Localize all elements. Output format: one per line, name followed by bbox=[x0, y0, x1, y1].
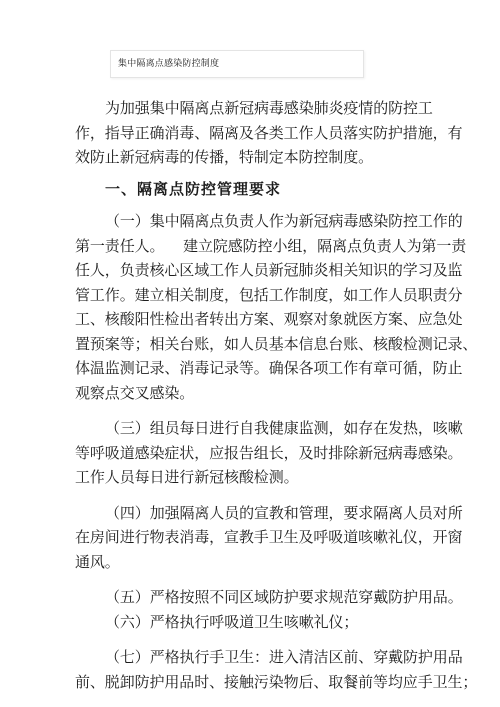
text-line: 工作人员每日进行新冠核酸检测。 bbox=[75, 465, 441, 490]
document-body: 为加强集中隔离点新冠病毒感染肺炎疫情的防控工 作，指导正确消毒、隔离及各类工作人… bbox=[75, 96, 441, 694]
item-paragraph-7: （七）严格执行手卫生：进入清洁区前、穿戴防护用品 前、脱卸防护用品时、接触污染物… bbox=[75, 645, 441, 694]
document-header-title: 集中隔离点感染防控制度 bbox=[118, 56, 219, 69]
item-paragraph-3: （三）组员每日进行自我健康监测，如存在发热，咳嗽 等呼吸道感染症状，应报告组长，… bbox=[75, 416, 441, 490]
document-header-box: 集中隔离点感染防控制度 bbox=[110, 50, 364, 78]
text-line: 体温监测记录、消毒记录等。确保各项工作有章可循，防止 bbox=[75, 356, 441, 381]
text-line: 为加强集中隔离点新冠病毒感染肺炎疫情的防控工 bbox=[75, 96, 441, 121]
text-line: 效防止新冠病毒的传播，特制定本防控制度。 bbox=[75, 145, 441, 170]
text-line: 工、核酸阳性检出者转出方案、观察对象就医方案、应急处 bbox=[75, 307, 441, 332]
item-paragraph-1: （一）集中隔离点负责人作为新冠病毒感染防控工作的 第一责任人。 建立院感防控小组… bbox=[75, 209, 441, 405]
intro-paragraph: 为加强集中隔离点新冠病毒感染肺炎疫情的防控工 作，指导正确消毒、隔离及各类工作人… bbox=[75, 96, 441, 170]
text-line: 等呼吸道感染症状，应报告组长，及时排除新冠病毒感染。 bbox=[75, 441, 441, 466]
text-line: 观察点交叉感染。 bbox=[75, 381, 441, 406]
section-heading: 一、隔离点防控管理要求 bbox=[75, 177, 441, 202]
text-line: 通风。 bbox=[75, 550, 441, 575]
text-line: 前、脱卸防护用品时、接触污染物后、取餐前等均应手卫生； bbox=[75, 670, 441, 695]
item-paragraph-6: （六）严格执行呼吸道卫生咳嗽礼仪； bbox=[75, 610, 441, 635]
text-line: 作，指导正确消毒、隔离及各类工作人员落实防护措施，有 bbox=[75, 121, 441, 146]
item-paragraph-4: （四）加强隔离人员的宣教和管理，要求隔离人员对所 在房间进行物表消毒，宣教手卫生… bbox=[75, 501, 441, 575]
text-line: 第一责任人。 建立院感防控小组，隔离点负责人为第一责 bbox=[75, 234, 441, 259]
text-line: （三）组员每日进行自我健康监测，如存在发热，咳嗽 bbox=[75, 416, 441, 441]
text-line: （六）严格执行呼吸道卫生咳嗽礼仪； bbox=[75, 610, 441, 635]
text-line: （七）严格执行手卫生：进入清洁区前、穿戴防护用品 bbox=[75, 645, 441, 670]
text-line: （一）集中隔离点负责人作为新冠病毒感染防控工作的 bbox=[75, 209, 441, 234]
text-line: 在房间进行物表消毒，宣教手卫生及呼吸道咳嗽礼仪，开窗 bbox=[75, 525, 441, 550]
text-line: （四）加强隔离人员的宣教和管理，要求隔离人员对所 bbox=[75, 501, 441, 526]
item-paragraph-5: （五）严格按照不同区域防护要求规范穿戴防护用品。 bbox=[75, 585, 441, 610]
text-line: 管工作。建立相关制度，包括工作制度，如工作人员职责分 bbox=[75, 283, 441, 308]
text-line: 任人，负责核心区域工作人员新冠肺炎相关知识的学习及监 bbox=[75, 258, 441, 283]
text-line: （五）严格按照不同区域防护要求规范穿戴防护用品。 bbox=[75, 585, 441, 610]
text-line: 置预案等；相关台账，如人员基本信息台账、核酸检测记录、 bbox=[75, 332, 441, 357]
